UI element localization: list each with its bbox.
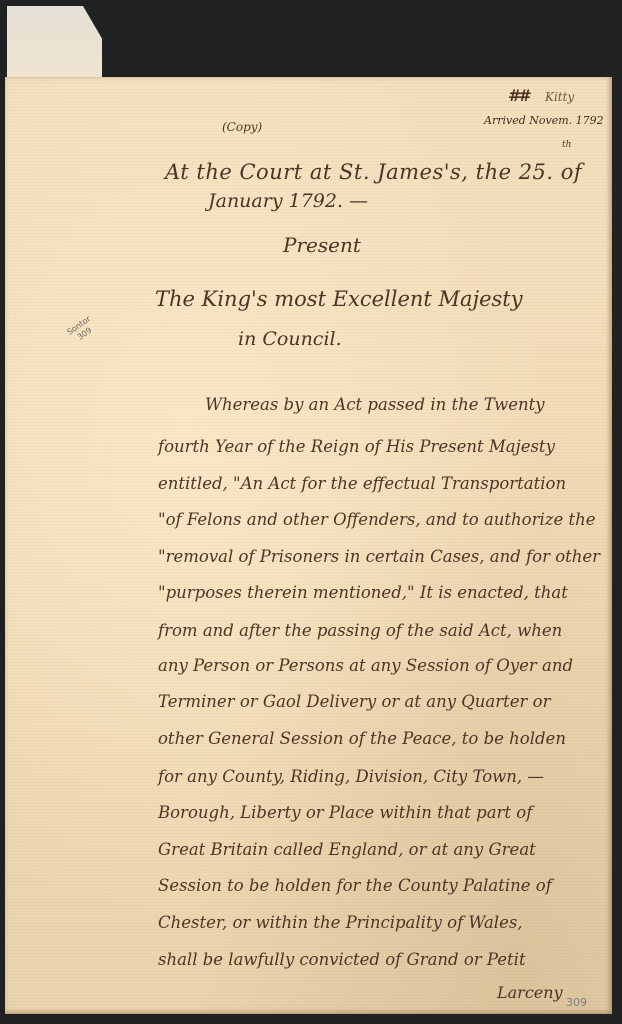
body-line: Terminer or Gaol Delivery or at any Quar…: [158, 692, 551, 711]
heading-present: Present: [283, 233, 361, 257]
body-line: fourth Year of the Reign of His Present …: [158, 437, 555, 456]
heading-date-line: January 1792. —: [208, 190, 368, 212]
body-line: Borough, Liberty or Place within that pa…: [158, 803, 532, 822]
body-line: entitled, "An Act for the effectual Tran…: [158, 474, 566, 493]
folio-number: 309: [566, 996, 587, 1009]
body-line: any Person or Persons at any Session of …: [158, 656, 573, 675]
body-line: "of Felons and other Offenders, and to a…: [158, 510, 596, 529]
body-line: Chester, or within the Principality of W…: [158, 913, 523, 932]
body-line: Whereas by an Act passed in the Twenty: [205, 395, 545, 414]
heading-court-line: At the Court at St. James's, the 25. of: [165, 160, 582, 184]
heading-king-line: The King's most Excellent Majesty: [155, 287, 523, 311]
manuscript-page: [5, 77, 612, 1014]
cross-hatch-mark: ##: [508, 86, 529, 105]
arrival-sub-note: th: [562, 140, 571, 150]
kitty-note: Kitty: [545, 90, 574, 104]
catchword: Larceny: [497, 983, 563, 1002]
body-line: "removal of Prisoners in certain Cases, …: [158, 547, 600, 566]
body-line: Session to be holden for the County Pala…: [158, 876, 552, 895]
copy-mark: (Copy): [222, 120, 262, 134]
body-line: shall be lawfully convicted of Grand or …: [158, 950, 526, 969]
heading-council-line: in Council.: [238, 328, 342, 350]
body-line: Great Britain called England, or at any …: [158, 840, 536, 859]
body-line: "purposes therein mentioned," It is enac…: [158, 583, 568, 602]
body-line: from and after the passing of the said A…: [158, 621, 562, 640]
arrival-note: Arrived Novem. 1792: [484, 114, 604, 127]
body-line: other General Session of the Peace, to b…: [158, 729, 566, 748]
body-line: for any County, Riding, Division, City T…: [158, 767, 544, 786]
